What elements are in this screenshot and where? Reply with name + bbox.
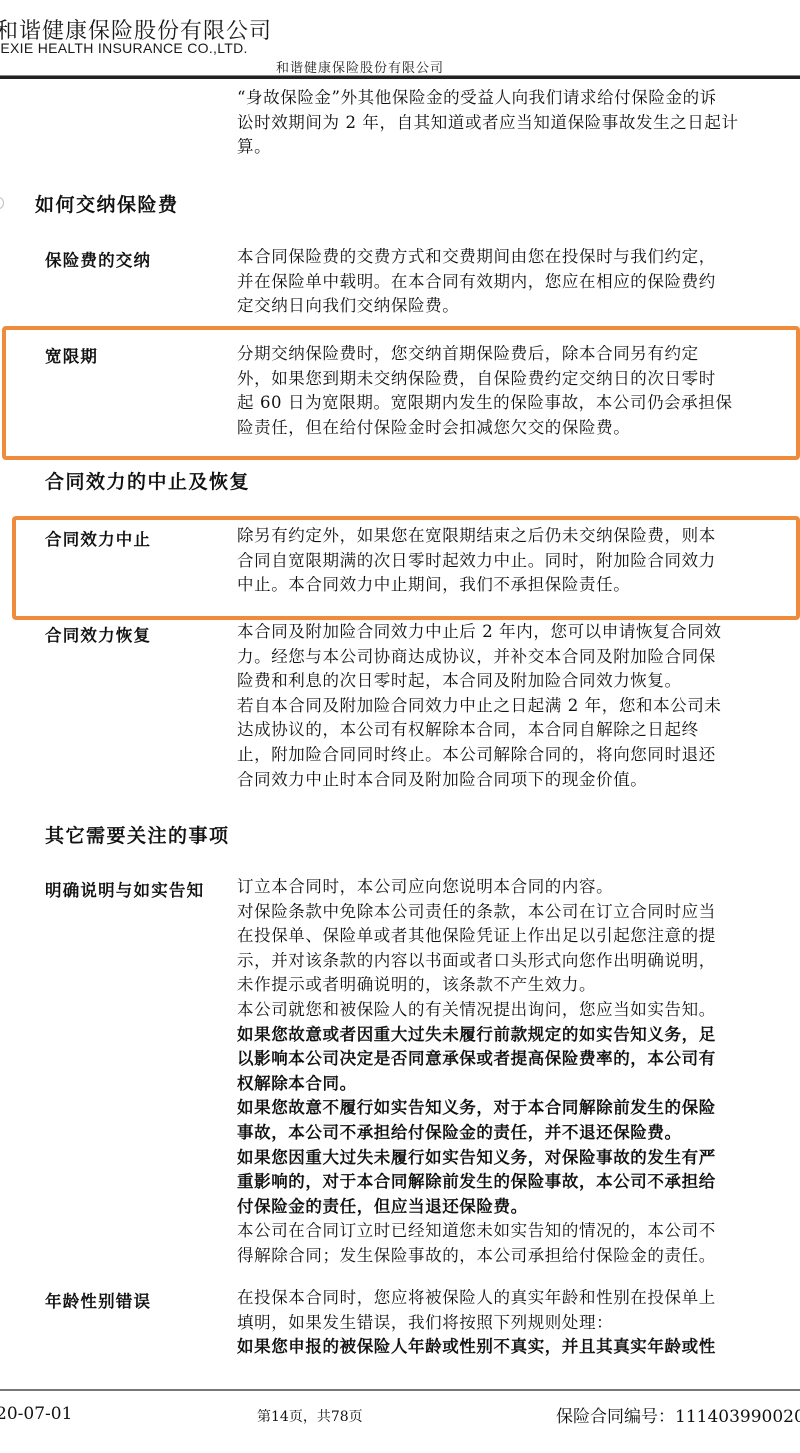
text-line: 填明，如果发生错误，我们将按照下列规则处理： xyxy=(237,1311,777,1336)
text-line: 得解除合同；发生保险事故的，本公司承担给付保险金的责任。 xyxy=(237,1244,777,1269)
text-line: 本公司就您和被保险人的有关情况提出询问，您应当如实告知。 xyxy=(237,998,777,1023)
text-line: 本合同保险费的交费方式和交费期间由您在投保时与我们约定， xyxy=(237,245,777,270)
text-line: 若自本合同及附加险合同效力中止之日起满 2 年，您和本公司未 xyxy=(237,694,777,719)
text-line: 中止。本合同效力中止期间，我们不承担保险责任。 xyxy=(237,573,777,598)
label-disclosure: 明确说明与如实告知 xyxy=(45,877,204,901)
label-suspend: 合同效力中止 xyxy=(45,526,151,550)
bold-text-line: 如果您故意不履行如实告知义务，对于本合同解除前发生的保险 xyxy=(237,1096,777,1121)
footer-divider xyxy=(0,1389,800,1391)
label-age-gender: 年龄性别错误 xyxy=(45,1288,151,1312)
header-company-name: 和谐健康保险股份有限公司 xyxy=(276,57,444,76)
text-line: 除另有约定外，如果您在宽限期结束之后仍未交纳保险费，则本 xyxy=(237,524,777,549)
bullet-icon xyxy=(0,197,4,209)
text-line: 合同自宽限期满的次日零时起效力中止。同时，附加险合同效力 xyxy=(237,549,777,574)
text-line: 订立本合同时，本公司应向您说明本合同的内容。 xyxy=(237,875,777,900)
section-title-other: 其它需要关注的事项 xyxy=(45,821,230,848)
suspend-paragraph: 除另有约定外，如果您在宽限期结束之后仍未交纳保险费，则本 合同自宽限期满的次日零… xyxy=(237,524,777,598)
header-divider xyxy=(0,75,800,79)
text-line: 算。 xyxy=(237,135,777,160)
company-logo-english: HEXIE HEALTH INSURANCE CO.,LTD. xyxy=(0,40,248,56)
bold-text-line: 以影响本公司决定是否同意承保或者提高保险费率的，本公司有 xyxy=(237,1047,777,1072)
page-indicator: 第14页，共78页 xyxy=(257,1406,363,1426)
bold-text-line: 事故，本公司不承担给付保险金的责任，并不退还保险费。 xyxy=(237,1121,777,1146)
section-title-suspension: 合同效力的中止及恢复 xyxy=(45,467,250,494)
text-line: 对保险条款中免除本公司责任的条款，本公司在订立合同时应当 xyxy=(237,900,777,925)
section-title-payment: 如何交纳保险费 xyxy=(35,190,179,217)
text-line: 外，如果您到期未交纳保险费，自保险费约定交纳日的次日零时 xyxy=(237,367,777,392)
text-line: 并在保险单中载明。在本合同有效期内，您应在相应的保险费约 xyxy=(237,270,777,295)
bold-text-line: 如果您故意或者因重大过失未履行前款规定的如实告知义务，足 xyxy=(237,1023,777,1048)
label-restore: 合同效力恢复 xyxy=(45,622,151,646)
text-line: 止，附加险合同同时终止。本公司解除合同的，将向您同时退还 xyxy=(237,743,777,768)
premium-payment-paragraph: 本合同保险费的交费方式和交费期间由您在投保时与我们约定， 并在保险单中载明。在本… xyxy=(237,245,777,319)
text-line: 讼时效期间为 2 年，自其知道或者应当知道保险事故发生之日起计 xyxy=(237,111,777,136)
text-line: 示，并对该条款的内容以书面或者口头形式向您作出明确说明， xyxy=(237,949,777,974)
text-line: 定交纳日向我们交纳保险费。 xyxy=(237,294,777,319)
intro-paragraph: “身故保险金”外其他保险金的受益人向我们请求给付保险金的诉 讼时效期间为 2 年… xyxy=(237,86,777,160)
text-line: 达成协议的，本公司有权解除本合同，本合同自解除之日起终 xyxy=(237,718,777,743)
age-gender-paragraph: 在投保本合同时，您应将被保险人的真实年龄和性别在投保单上填明，如果发生错误，我们… xyxy=(237,1286,777,1360)
text-line: 本合同及附加险合同效力中止后 2 年内，您可以申请恢复合同效 xyxy=(237,620,777,645)
restore-paragraph: 本合同及附加险合同效力中止后 2 年内，您可以申请恢复合同效 力。经您与本公司协… xyxy=(237,620,777,792)
contract-number: 保险合同编号：1114039900200 xyxy=(556,1402,800,1427)
text-line: 险责任，但在给付保险金时会扣减您欠交的保险费。 xyxy=(237,416,777,441)
text-line: 未作提示或者明确说明的，该条款不产生效力。 xyxy=(237,973,777,998)
text-line: 在投保单、保险单或者其他保险凭证上作出足以引起您注意的提 xyxy=(237,924,777,949)
text-line: 起 60 日为宽限期。宽限期内发生的保险事故，本公司仍会承担保 xyxy=(237,391,777,416)
label-grace-period: 宽限期 xyxy=(45,343,98,367)
bold-text-line: 付保险金的责任，但应当退还保险费。 xyxy=(237,1195,777,1220)
text-line: 险费和利息的次日零时起，本合同及附加险合同效力恢复。 xyxy=(237,669,777,694)
text-line: “身故保险金”外其他保险金的受益人向我们请求给付保险金的诉 xyxy=(237,86,777,111)
grace-period-paragraph: 分期交纳保险费时，您交纳首期保险费后，除本合同另有约定 外，如果您到期未交纳保险… xyxy=(237,342,777,440)
disclosure-paragraph: 订立本合同时，本公司应向您说明本合同的内容。对保险条款中免除本公司责任的条款，本… xyxy=(237,875,777,1269)
text-line: 本公司在合同订立时已经知道您未如实告知的情况的，本公司不 xyxy=(237,1219,777,1244)
text-line: 合同效力中止时本合同及附加险合同项下的现金价值。 xyxy=(237,768,777,793)
footer-date: 20-07-01 xyxy=(0,1404,72,1424)
bold-text-line: 如果您申报的被保险人年龄或性别不真实，并且其真实年龄或性 xyxy=(237,1335,777,1360)
bold-text-line: 如果您因重大过失未履行如实告知义务，对保险事故的发生有严 xyxy=(237,1146,777,1171)
bold-text-line: 重影响的，对于本合同解除前发生的保险事故，本公司不承担给 xyxy=(237,1170,777,1195)
text-line: 在投保本合同时，您应将被保险人的真实年龄和性别在投保单上 xyxy=(237,1286,777,1311)
text-line: 分期交纳保险费时，您交纳首期保险费后，除本合同另有约定 xyxy=(237,342,777,367)
text-line: 力。经您与本公司协商达成协议，并补交本合同及附加险合同保 xyxy=(237,645,777,670)
label-premium-payment: 保险费的交纳 xyxy=(45,247,151,271)
bold-text-line: 权解除本合同。 xyxy=(237,1072,777,1097)
